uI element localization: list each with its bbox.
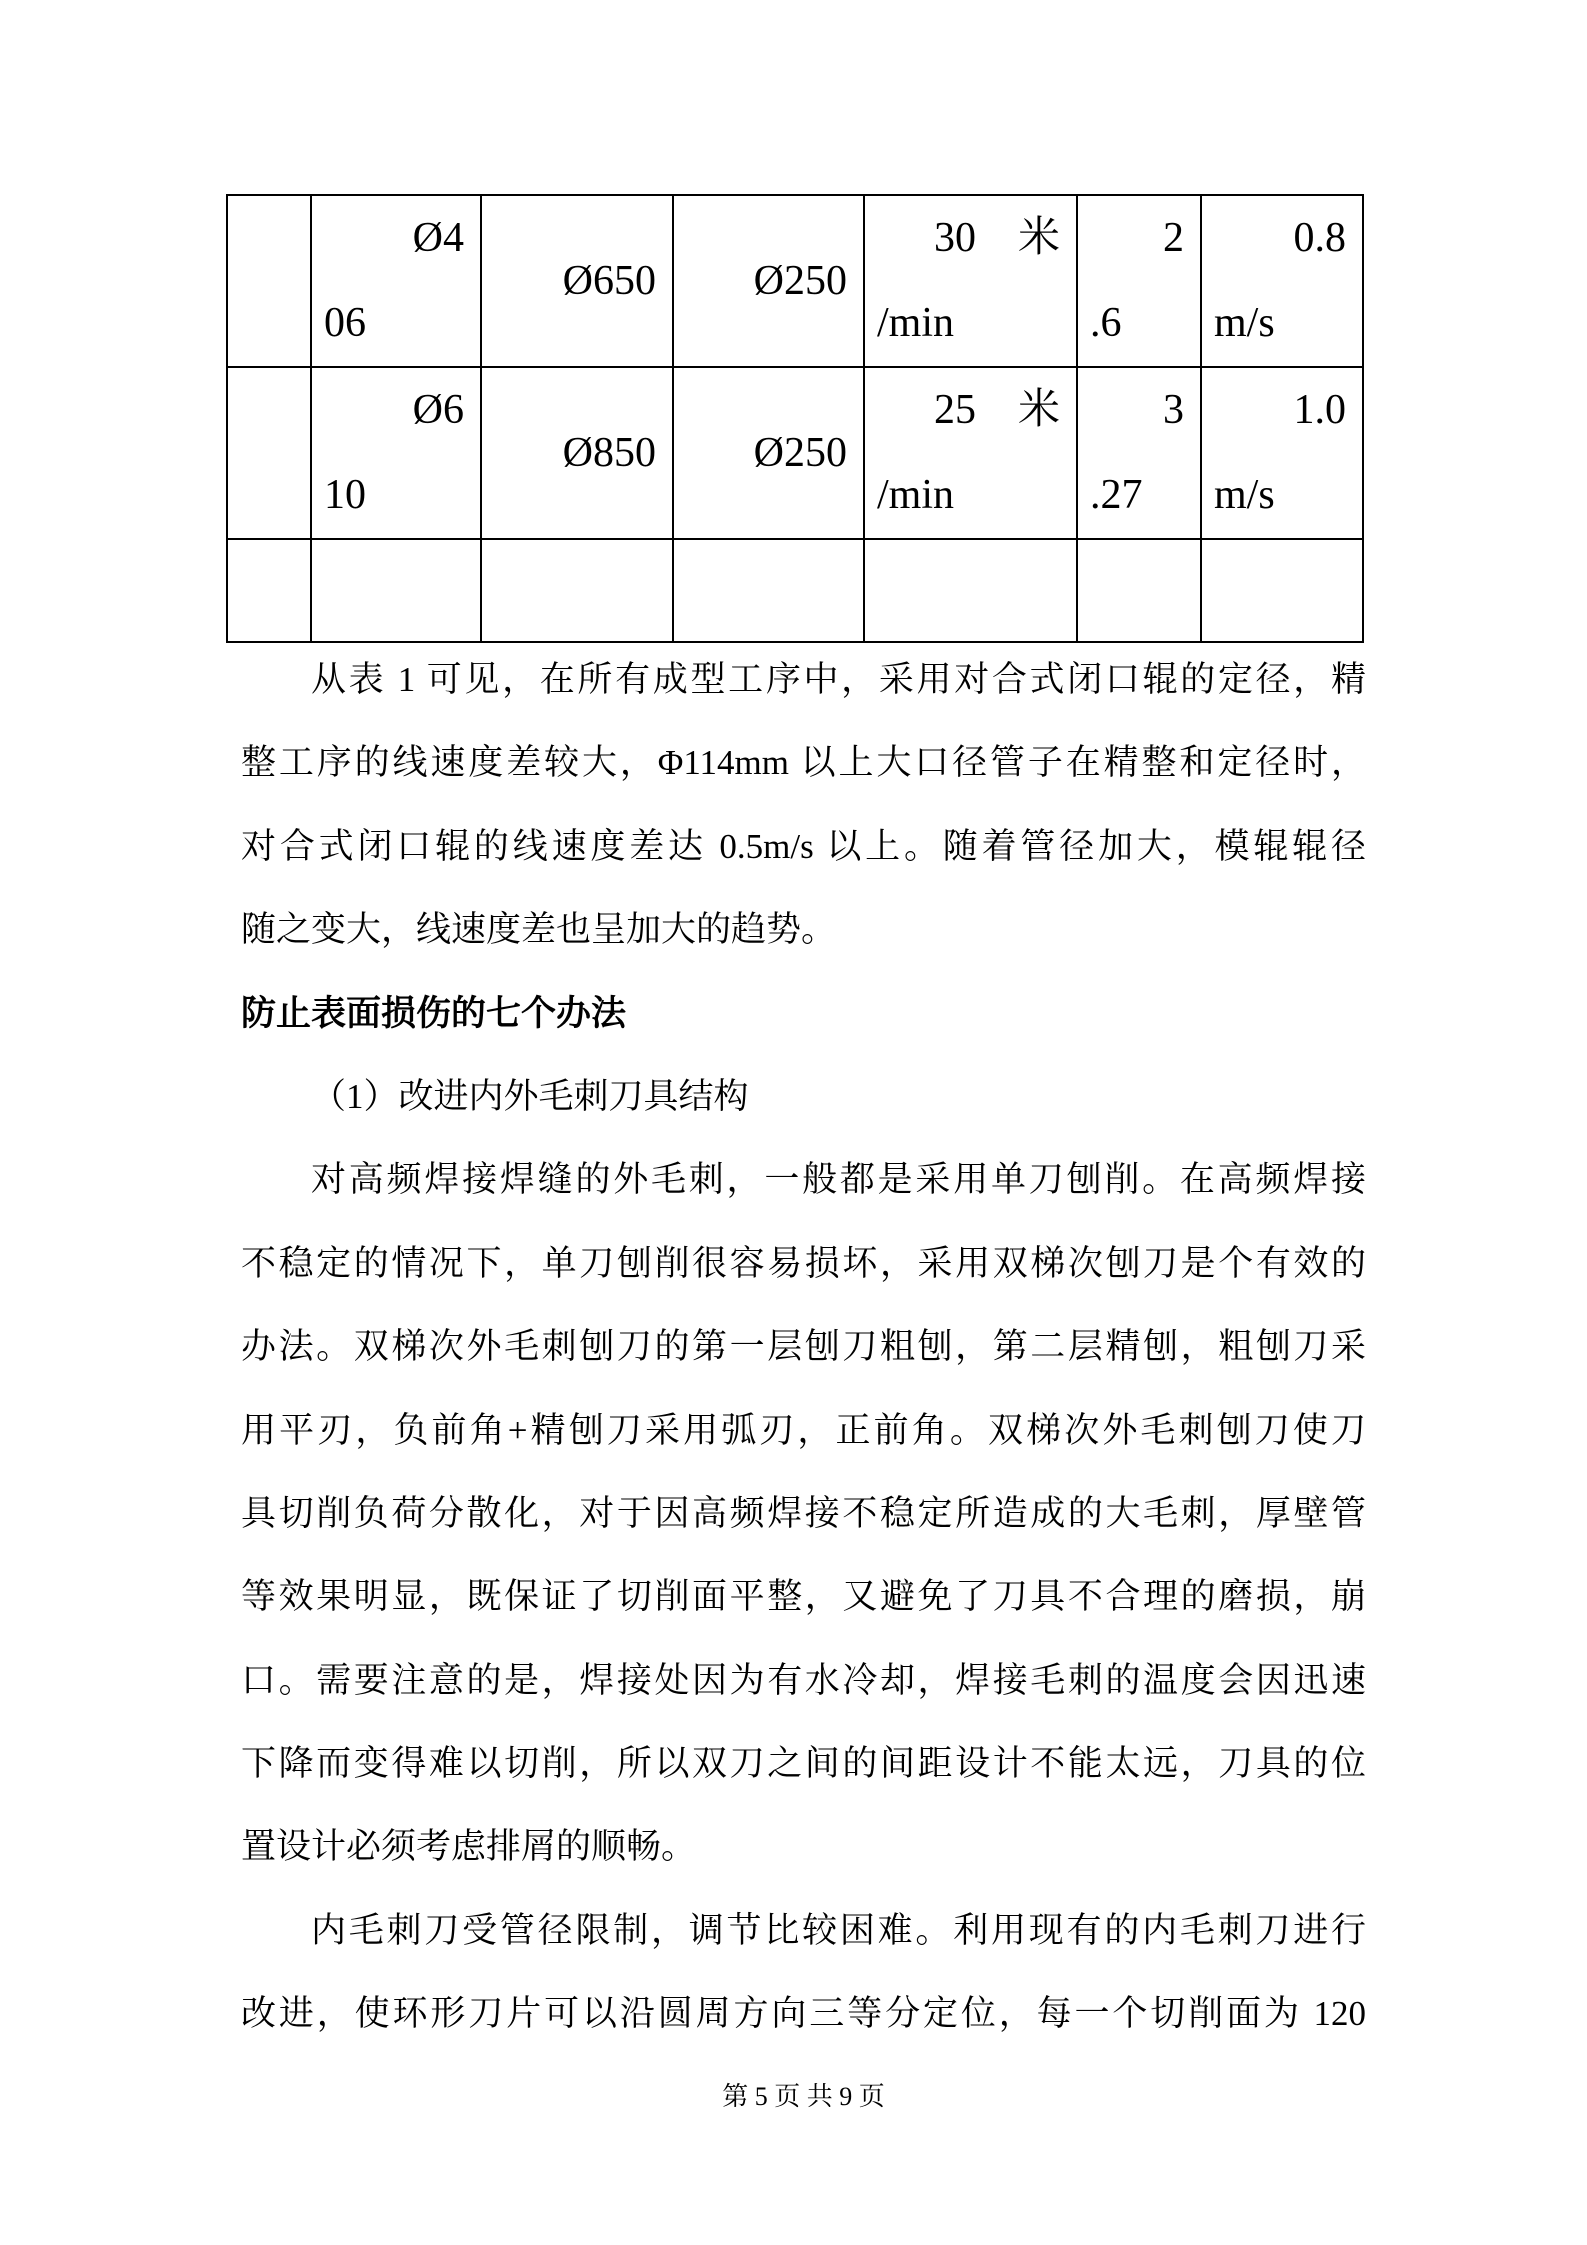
cell-tube-od: Ø4 06: [311, 195, 481, 367]
body-line: 办法。双梯次外毛刺刨刀的第一层刨刀粗刨，第二层精刨，粗刨刀采: [241, 1305, 1366, 1388]
cell-text: 1.0: [1202, 368, 1362, 453]
cell-speed-diff: 0.8 m/s: [1201, 195, 1363, 367]
cell-text: Ø250: [674, 368, 863, 538]
document-page: Ø4 06 Ø650 Ø250 30 米 /min: [0, 0, 1587, 2245]
section-heading: 防止表面损伤的七个办法: [241, 972, 1366, 1055]
cell-roll-od-1: Ø650: [481, 195, 673, 367]
body-line: 改进，使环形刀片可以沿圆周方向三等分定位，每一个切削面为 120: [241, 1972, 1366, 2055]
cell-blank: [1201, 539, 1363, 642]
cell-blank: [1077, 539, 1201, 642]
cell-text: Ø850: [482, 368, 672, 538]
body-line: 用平刃，负前角+精刨刀采用弧刃，正前角。双梯次外毛刺刨刀使刀: [241, 1389, 1366, 1472]
body-line: 对高频焊接焊缝的外毛刺，一般都是采用单刀刨削。在高频焊接: [241, 1138, 1366, 1221]
cell-text: 0.8: [1202, 196, 1362, 281]
cell-blank: [227, 195, 311, 367]
body-line: 置设计必须考虑排屑的顺畅。: [241, 1805, 1366, 1888]
cell-text: .27: [1078, 453, 1200, 538]
cell-text: 10: [312, 453, 480, 538]
cell-blank: [227, 367, 311, 539]
data-table: Ø4 06 Ø650 Ø250 30 米 /min: [226, 194, 1364, 643]
page-footer: 第 5 页 共 9 页: [241, 2082, 1366, 2112]
cell-ratio: 3 .27: [1077, 367, 1201, 539]
cell-roll-od-2: Ø250: [673, 195, 864, 367]
body-line: 具切削负荷分散化，对于因高频焊接不稳定所造成的大毛刺，厚壁管: [241, 1472, 1366, 1555]
cell-blank: [481, 539, 673, 642]
cell-blank: [227, 539, 311, 642]
body-line: （1）改进内外毛刺刀具结构: [241, 1055, 1366, 1138]
body-line: 下降而变得难以切削，所以双刀之间的间距设计不能太远，刀具的位: [241, 1722, 1366, 1805]
table-row: Ø6 10 Ø850 Ø250 25 米 /min: [227, 367, 1363, 539]
table-row-empty: [227, 539, 1363, 642]
cell-tube-od: Ø6 10: [311, 367, 481, 539]
cell-roll-od-2: Ø250: [673, 367, 864, 539]
cell-speed-diff: 1.0 m/s: [1201, 367, 1363, 539]
body-line: 随之变大，线速度差也呈加大的趋势。: [241, 888, 1366, 971]
body-line: 口。需要注意的是，焊接处因为有水冷却，焊接毛刺的温度会因迅速: [241, 1639, 1366, 1722]
cell-blank: [864, 539, 1077, 642]
cell-blank: [673, 539, 864, 642]
cell-text: 25 米: [865, 368, 1076, 453]
cell-text: m/s: [1202, 281, 1362, 366]
cell-roll-od-1: Ø850: [481, 367, 673, 539]
cell-text: .6: [1078, 281, 1200, 366]
cell-text: Ø6: [312, 368, 480, 453]
table-row: Ø4 06 Ø650 Ø250 30 米 /min: [227, 195, 1363, 367]
cell-text: 30 米: [865, 196, 1076, 281]
cell-text: Ø250: [674, 196, 863, 366]
body-line: 对合式闭口辊的线速度差达 0.5m/s 以上。随着管径加大，模辊辊径: [241, 805, 1366, 888]
cell-text: m/s: [1202, 453, 1362, 538]
body-line: 整工序的线速度差较大，Φ114mm 以上大口径管子在精整和定径时，: [241, 721, 1366, 804]
cell-ratio: 2 .6: [1077, 195, 1201, 367]
cell-text: 2: [1078, 196, 1200, 281]
cell-blank: [311, 539, 481, 642]
body-line: 内毛刺刀受管径限制，调节比较困难。利用现有的内毛刺刀进行: [241, 1889, 1366, 1972]
cell-speed: 30 米 /min: [864, 195, 1077, 367]
cell-speed: 25 米 /min: [864, 367, 1077, 539]
table-wrapper: Ø4 06 Ø650 Ø250 30 米 /min: [226, 194, 1364, 643]
body-line: 从表 1 可见，在所有成型工序中，采用对合式闭口辊的定径，精: [241, 638, 1366, 721]
cell-text: /min: [865, 453, 1076, 538]
cell-text: /min: [865, 281, 1076, 366]
cell-text: Ø650: [482, 196, 672, 366]
body-line: 不稳定的情况下，单刀刨削很容易损坏，采用双梯次刨刀是个有效的: [241, 1222, 1366, 1305]
body-text: 从表 1 可见，在所有成型工序中，采用对合式闭口辊的定径，精 整工序的线速度差较…: [241, 638, 1366, 2056]
cell-text: 3: [1078, 368, 1200, 453]
cell-text: Ø4: [312, 196, 480, 281]
body-line: 等效果明显，既保证了切削面平整，又避免了刀具不合理的磨损，崩: [241, 1555, 1366, 1638]
cell-text: 06: [312, 281, 480, 366]
